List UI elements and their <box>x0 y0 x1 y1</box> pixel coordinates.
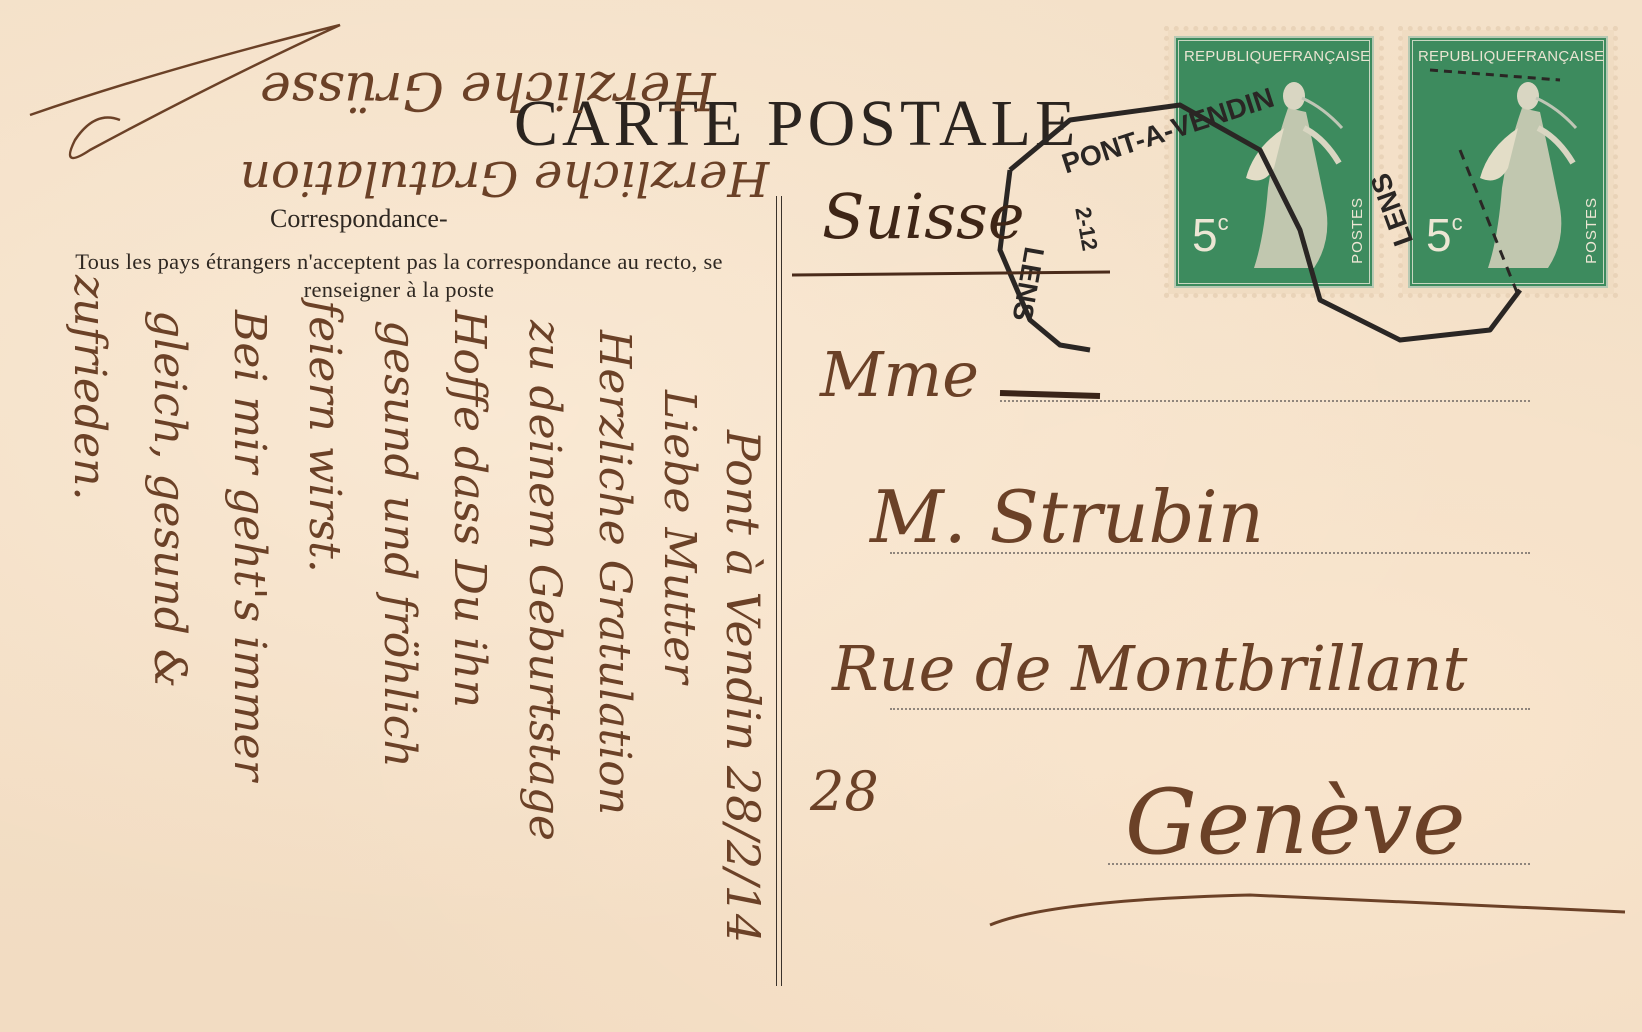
correspondence-note: Tous les pays étrangers n'acceptent pas … <box>54 248 744 304</box>
address-line-3 <box>890 708 1530 710</box>
address-country: Suisse <box>822 180 1025 253</box>
message-line: Bei mir geht's immer <box>224 310 275 781</box>
stamp-1: REPUBLIQUEFRANÇAISE 5c POSTES <box>1168 30 1380 294</box>
message-line: Hoffe dass Du ihn <box>444 310 495 708</box>
message-top-line: Herzliche Gratulation <box>240 150 769 206</box>
postmark-text-bottom: LENS <box>1006 244 1050 323</box>
divider-line <box>776 196 782 986</box>
message-line: feiern wirst. <box>299 300 350 573</box>
message-line: zufrieden. <box>64 275 115 500</box>
message-top-line: Herzliche Grüsse <box>260 60 716 120</box>
correspondence-heading: Correspondance- <box>270 204 448 234</box>
address-number: 28 <box>810 760 879 823</box>
address-line-1 <box>1000 400 1530 402</box>
message-line: Herzliche Gratulation <box>589 330 640 815</box>
address-city: Genève <box>1125 770 1466 875</box>
stamp-2: REPUBLIQUEFRANÇAISE 5c POSTES <box>1402 30 1614 294</box>
address-street: Rue de Montbrillant <box>832 632 1467 705</box>
postcard-back: CARTE POSTALE Correspondance- Tous les p… <box>0 0 1642 1032</box>
message-place-date: Pont à Vendin 28/2/14 <box>716 430 770 943</box>
address-salutation: Mme <box>820 338 979 411</box>
sower-figure-icon <box>1458 68 1578 278</box>
postmark-date: 2-12 <box>1069 205 1102 253</box>
message-line: gleich, gesund & <box>144 310 195 688</box>
message-line: Liebe Mutter <box>654 390 705 683</box>
message-line: gesund und fröhlich <box>374 320 425 768</box>
message-line: zu deinem Geburtstage <box>519 320 570 841</box>
address-name: M. Strubin <box>870 475 1264 559</box>
